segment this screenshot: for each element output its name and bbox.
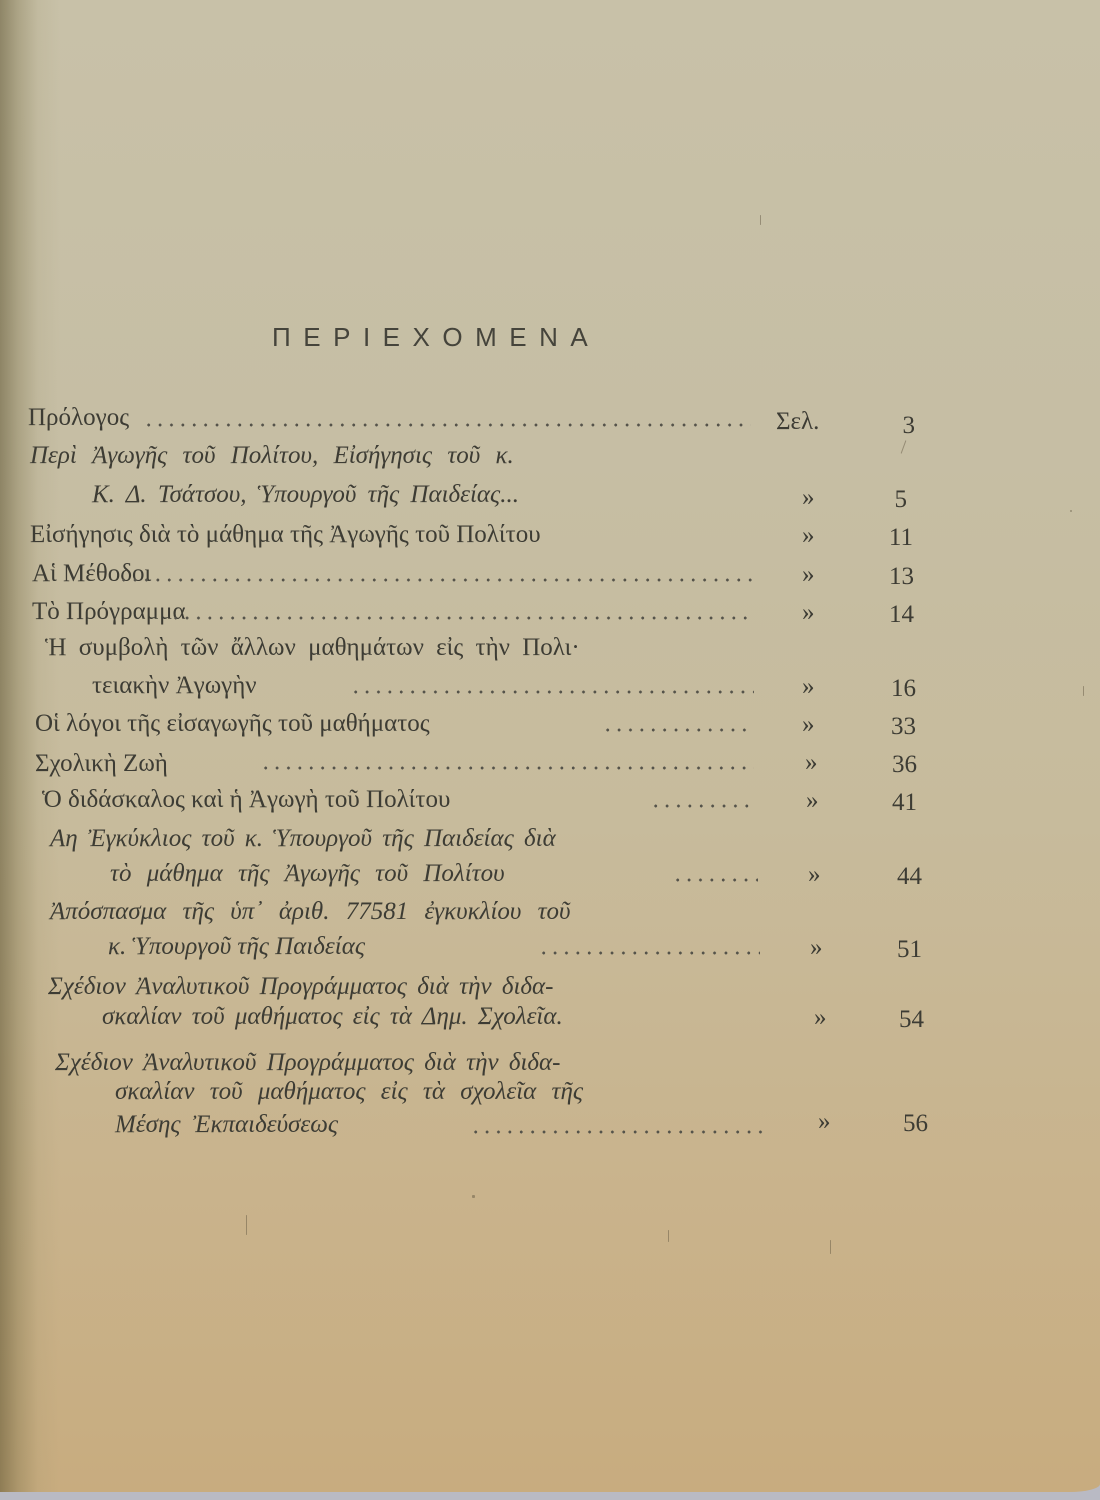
toc-entry-title-continued: σκαλίαν τοῦ μαθήματος εἰς τὰ Δημ. Σχολεῖ… xyxy=(102,1003,563,1031)
paper-speck xyxy=(246,1215,247,1235)
toc-entry-title-continued: κ. Ὑπουργοῦ τῆς Παιδείας xyxy=(108,933,365,961)
page-number: 51 xyxy=(862,936,922,964)
page-number: 16 xyxy=(856,675,916,703)
toc-entry-title: Σχέδιον Ἀναλυτικοῦ Προγράμματος διὰ τὴν … xyxy=(48,973,553,1001)
dot-leader xyxy=(538,951,760,955)
page-number: 36 xyxy=(857,751,917,779)
ditto-mark: » xyxy=(814,1004,827,1032)
page-number: 13 xyxy=(854,563,914,591)
ditto-mark: » xyxy=(802,673,815,701)
toc-entry-title: Σχέδιον Ἀναλυτικοῦ Προγράμματος διὰ τὴν … xyxy=(55,1049,560,1077)
dot-leader xyxy=(672,878,758,882)
toc-entry-title-continued: Μέσης Ἐκπαιδεύσεως xyxy=(115,1111,338,1139)
dot-leader xyxy=(470,1130,768,1134)
book-page: ΠΕΡΙΕΧΟΜΕΝΑ Πρόλογος Σελ. 3 Περὶ Ἀγωγῆς … xyxy=(0,0,1100,1492)
paper-speck xyxy=(830,1240,831,1254)
ditto-mark: » xyxy=(802,522,815,550)
toc-entry-title: Ἡ συμβολὴ τῶν ἄλλων μαθημάτων εἰς τὴν Πο… xyxy=(45,634,580,662)
toc-entry-title: Ὁ διδάσκαλος καὶ ἡ Ἀγωγὴ τοῦ Πολίτου xyxy=(42,786,450,814)
ditto-mark: » xyxy=(802,711,815,739)
page-number: 11 xyxy=(853,524,913,552)
toc-entry-title-continued: τειακὴν Ἀγωγὴν xyxy=(92,672,257,700)
paper-speck xyxy=(472,1195,475,1198)
page-number: 54 xyxy=(864,1006,924,1034)
dot-leader xyxy=(350,690,754,694)
paper-speck xyxy=(668,1230,669,1242)
ditto-mark: » xyxy=(802,561,815,589)
dot-leader xyxy=(118,578,754,582)
dot-leader xyxy=(602,728,754,732)
toc-entry-title-continued: τὸ μάθημα τῆς Ἀγωγῆς τοῦ Πολίτου xyxy=(110,860,505,888)
dot-leader xyxy=(260,766,754,770)
toc-entry-title: Σχολικὴ Ζωὴ xyxy=(35,750,168,778)
dot-leader xyxy=(650,804,754,808)
ditto-mark: » xyxy=(802,599,815,627)
paper-speck xyxy=(901,440,907,453)
toc-entry-title: Εἰσήγησις διὰ τὸ μάθημα τῆς Ἀγωγῆς τοῦ Π… xyxy=(30,521,541,549)
ditto-mark: » xyxy=(808,861,821,889)
ditto-mark: » xyxy=(810,934,823,962)
page-number: 14 xyxy=(854,601,914,629)
ditto-mark: » xyxy=(818,1108,831,1136)
paper-speck xyxy=(760,215,761,225)
toc-entry-title: Ἀπόσπασμα τῆς ὑπ᾽ ἀριθ. 77581 ἐγκυκλίου … xyxy=(50,898,571,926)
toc-entry-title: Αἱ Μέθοδοι xyxy=(32,560,151,588)
page-number: 33 xyxy=(856,713,916,741)
ditto-mark: » xyxy=(806,787,819,815)
page-number: 3 xyxy=(855,412,915,440)
toc-entry-title: Περὶ Ἀγωγῆς τοῦ Πολίτου, Εἰσήγησις τοῦ κ… xyxy=(30,442,514,470)
toc-entry-title: Τὸ Πρόγραμμα xyxy=(32,598,186,626)
toc-entry-title: Αη Ἐγκύκλιος τοῦ κ. Ὑπουργοῦ τῆς Παιδεία… xyxy=(50,825,556,853)
page-number: 41 xyxy=(857,789,917,817)
toc-entry-title-continued: σκαλίαν τοῦ μαθήματος εἰς τὰ σχολεῖα τῆς xyxy=(115,1078,583,1106)
contents-title: ΠΕΡΙΕΧΟΜΕΝΑ xyxy=(272,322,600,353)
toc-entry-title: Πρόλογος xyxy=(28,404,129,432)
paper-speck xyxy=(1070,510,1072,512)
ditto-mark: » xyxy=(805,749,818,777)
page-number: 44 xyxy=(862,863,922,891)
toc-entry-title: Οἱ λόγοι τῆς εἰσαγωγῆς τοῦ μαθήματος xyxy=(35,710,430,738)
paper-speck xyxy=(1083,686,1084,696)
page-number: 5 xyxy=(847,486,907,514)
dot-leader xyxy=(143,423,751,427)
toc-entry-title-continued: Κ. Δ. Τσάτσου, Ὑπουργοῦ τῆς Παιδείας... xyxy=(92,481,519,509)
page-number: 56 xyxy=(868,1110,928,1138)
ditto-mark: » xyxy=(802,484,815,512)
dot-leader xyxy=(170,616,754,620)
page-label: Σελ. xyxy=(776,408,819,436)
